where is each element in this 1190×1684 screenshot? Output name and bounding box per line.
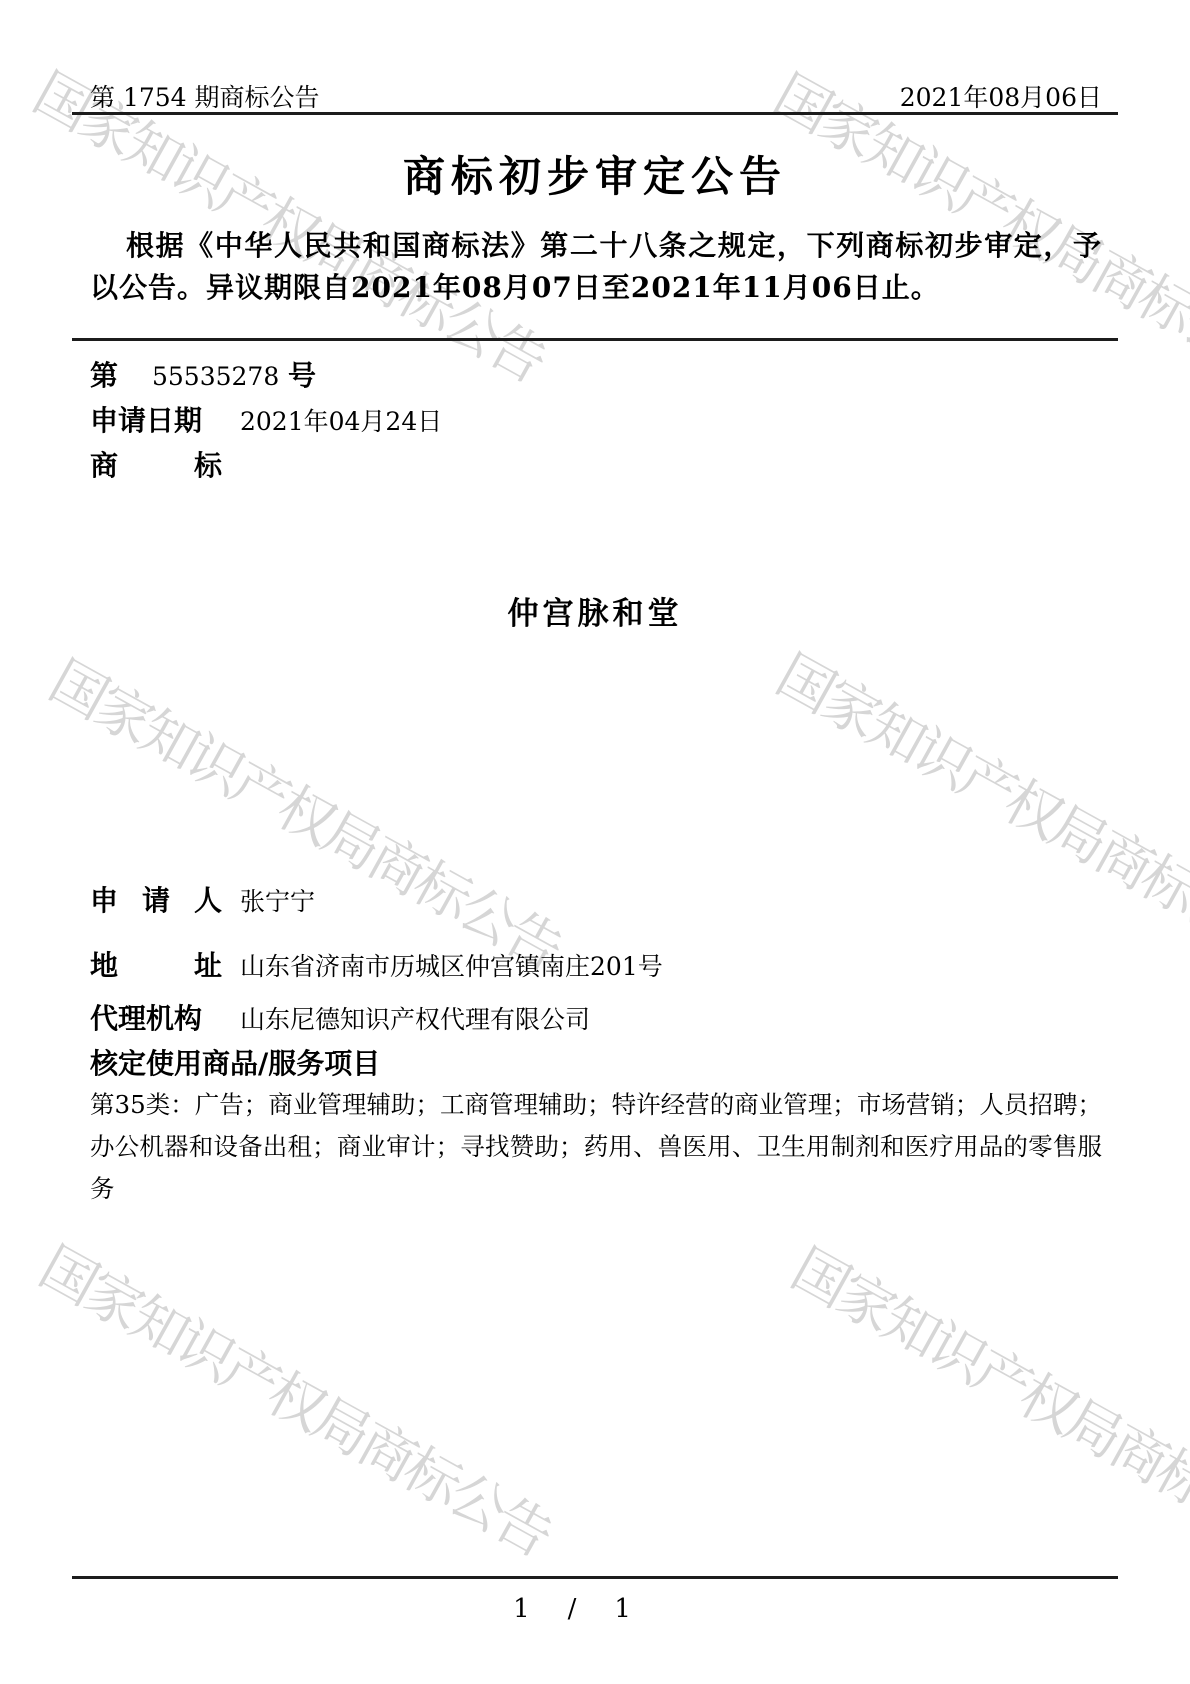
address-label-char: 址 [194,944,222,984]
reg-no-value: 55535278 [152,362,288,391]
trademark-label-char: 商 [90,444,118,484]
page-number: 1 / 1 [66,1594,1078,1624]
page-title: 商标初步审定公告 [0,144,1190,204]
content-layer: 第 1754 期商标公告 2021年08月06日 商标初步审定公告 根据《中华人… [0,0,1190,1684]
reg-no-suffix: 号 [288,354,316,394]
footer-rule [72,1576,1118,1579]
section-rule [72,338,1118,341]
trademark-label: 商 标 [90,444,222,484]
goods-line: 第35类：广告；商业管理辅助；工商管理辅助；特许经营的商业管理；市场营销；人员招… [90,1086,1102,1121]
applicant-row: 申 请 人 张宁宁 [90,879,315,919]
address-label-char: 地 [90,944,118,984]
gazette-date: 2021年08月06日 [900,78,1102,114]
reg-no-prefix: 第 [90,354,152,394]
application-date-label: 申请日期 [90,399,222,439]
trademark-label-row: 商 标 [90,444,222,484]
address-value: 山东省济南市历城区仲宫镇南庄201号 [240,947,663,983]
gazette-page: 国家知识产权局商标公告 国家知识产权局商标公告 国家知识产权局商标公告 国家知识… [0,0,1190,1684]
address-label: 地 址 [90,944,222,984]
registration-number-row: 第 55535278 号 [90,354,316,394]
applicant-label-char: 申 [90,879,118,919]
applicant-label-char: 人 [194,879,222,919]
applicant-label-char: 请 [142,879,170,919]
goods-line: 办公机器和设备出租；商业审计；寻找赞助；药用、兽医用、卫生用制剂和医疗用品的零售… [90,1128,1102,1163]
agency-row: 代理机构 山东尼德知识产权代理有限公司 [90,997,590,1037]
intro-paragraph-line2: 以公告。异议期限自2021年08月07日至2021年11月06日止。 [90,266,1102,306]
intro-paragraph-line1: 根据《中华人民共和国商标法》第二十八条之规定，下列商标初步审定，予 [90,224,1102,264]
application-date-row: 申请日期 2021年04月24日 [90,399,442,439]
page-number-current: 1 [513,1594,530,1624]
goods-section-heading: 核定使用商品/服务项目 [90,1042,380,1082]
trademark-label-char: 标 [194,444,222,484]
application-date-value: 2021年04月24日 [240,402,442,438]
agency-label: 代理机构 [90,997,222,1037]
header-rule [72,112,1118,115]
goods-line: 务 [90,1170,1102,1205]
trademark-text: 仲宫脉和堂 [0,588,1190,633]
gazette-issue-label: 第 1754 期商标公告 [90,78,320,114]
applicant-value: 张宁宁 [240,882,315,918]
page-number-total: 1 [614,1594,631,1624]
page-number-separator: / [568,1594,577,1624]
agency-value: 山东尼德知识产权代理有限公司 [240,1000,590,1036]
address-row: 地 址 山东省济南市历城区仲宫镇南庄201号 [90,944,663,984]
applicant-label: 申 请 人 [90,879,222,919]
